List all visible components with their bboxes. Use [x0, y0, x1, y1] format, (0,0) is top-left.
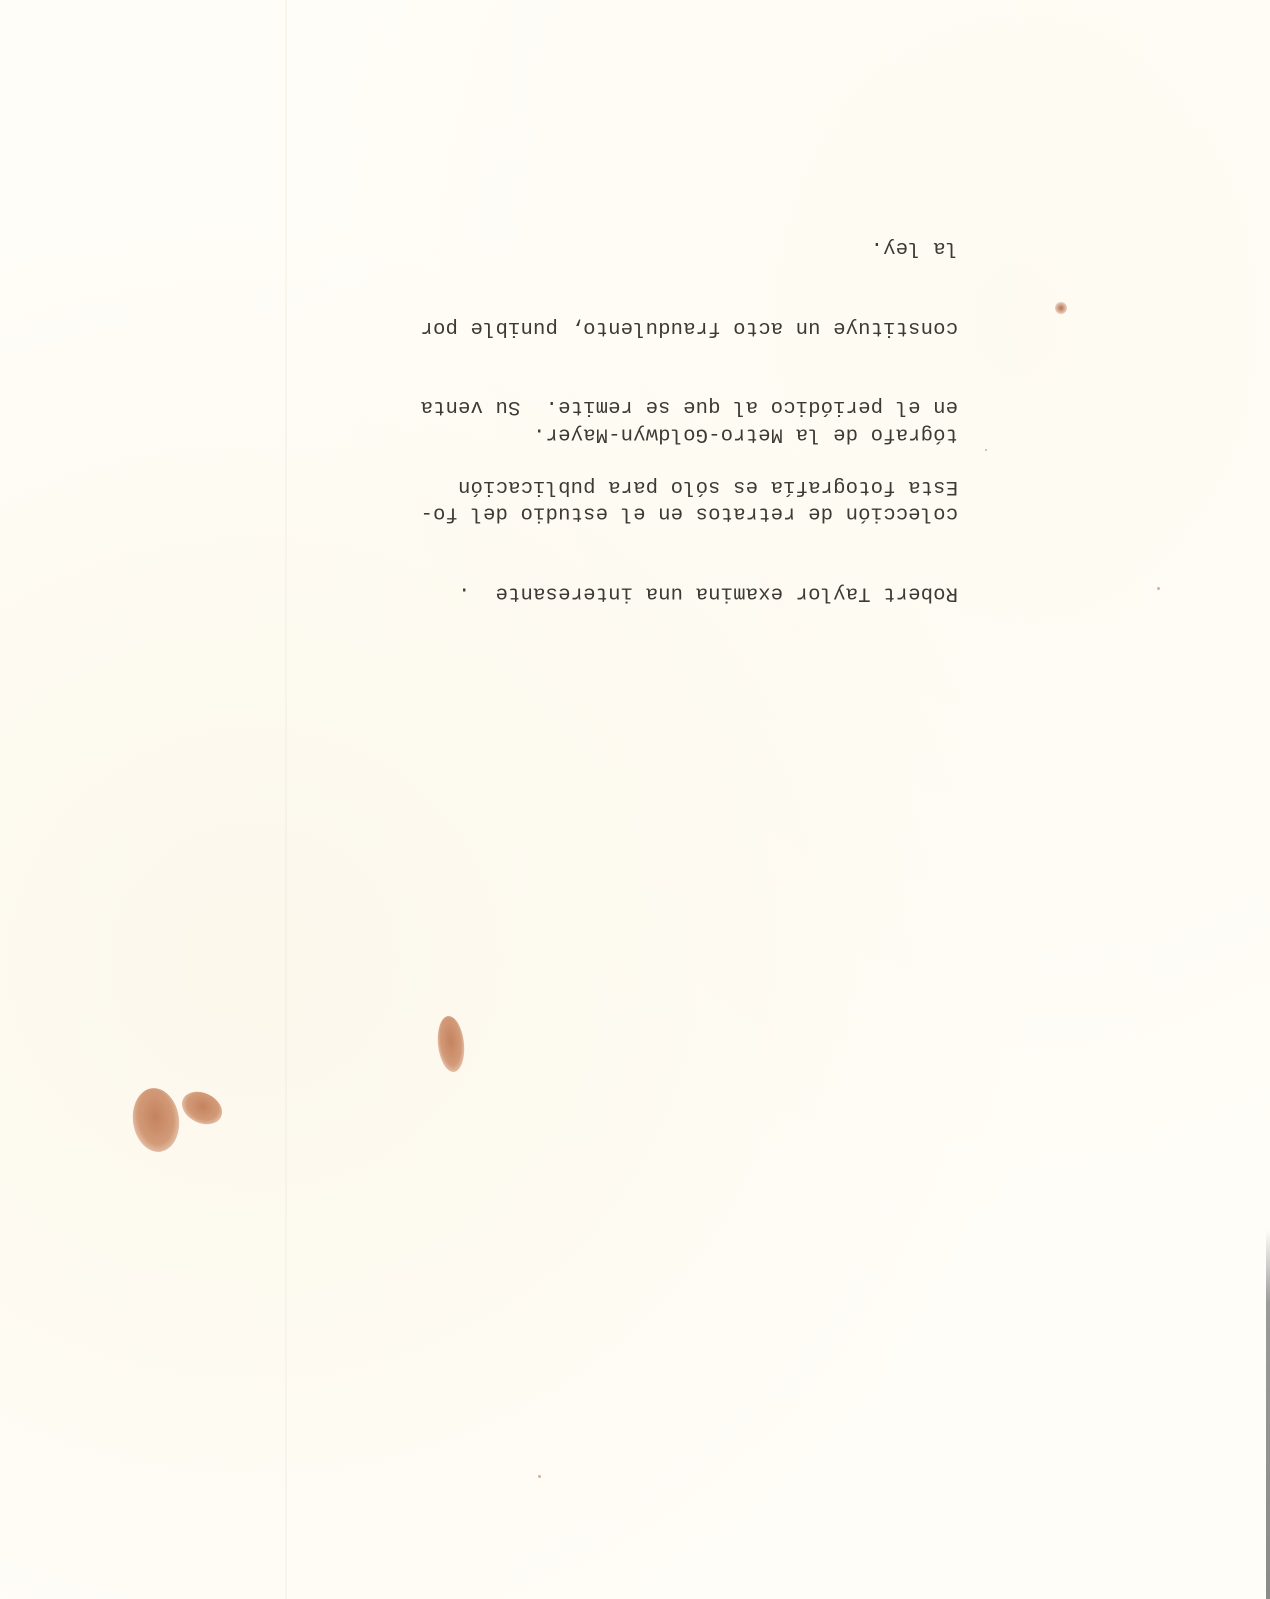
brown-stain [435, 1015, 467, 1073]
brown-stain [1055, 302, 1067, 314]
speck [1157, 587, 1160, 590]
speck [538, 1475, 541, 1478]
brown-stain [129, 1085, 183, 1155]
caption-line: Robert Taylor examina una interesante . [258, 579, 958, 606]
page-edge-shadow [1266, 1230, 1270, 1599]
scanned-page: Esta fotografía es sólo para publicación… [0, 0, 1270, 1599]
caption-line: tógrafo de la Metro-Goldwyn-Mayer. [258, 420, 958, 447]
notice-line: la ley. [258, 234, 958, 261]
brown-stain [177, 1086, 228, 1131]
photo-caption-text: Robert Taylor examina una interesante . … [258, 367, 958, 659]
speck [985, 449, 987, 451]
notice-line: constituye un acto fraudulento, punible … [258, 314, 958, 341]
caption-line: colección de retratos en el estudio del … [258, 500, 958, 527]
